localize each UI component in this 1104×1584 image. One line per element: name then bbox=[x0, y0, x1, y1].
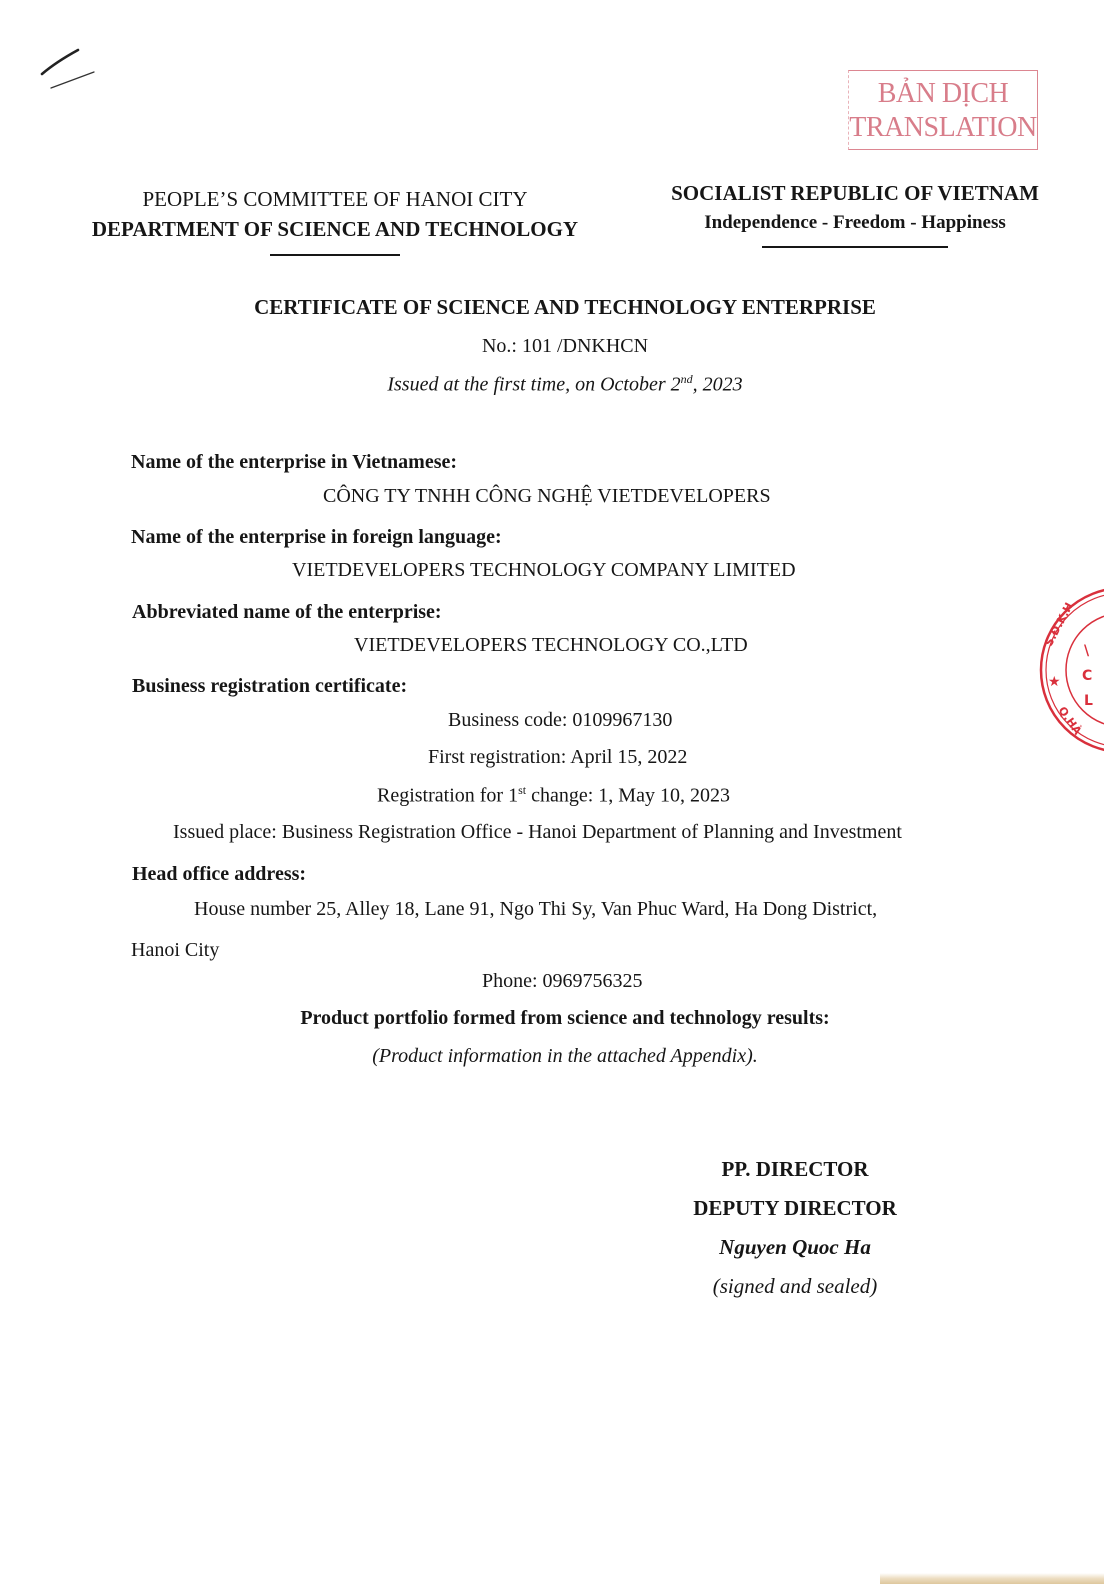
address-line-2: Hanoi City bbox=[131, 939, 219, 962]
scanned-paper-edge bbox=[880, 1573, 1104, 1584]
abbreviated-name-value: VIETDEVELOPERS TECHNOLOGY CO.,LTD bbox=[354, 634, 748, 657]
country-name: SOCIALIST REPUBLIC OF VIETNAM bbox=[650, 178, 1060, 208]
stamp-line-vietnamese: BẢN DỊCH bbox=[849, 77, 1037, 111]
signatory-authority: PP. DIRECTOR bbox=[660, 1150, 930, 1189]
official-red-seal: S.Đ.K.H ★ Q.HÀ C L \ bbox=[1038, 585, 1104, 755]
svg-text:C: C bbox=[1082, 668, 1092, 684]
phone-number: Phone: 0969756325 bbox=[482, 970, 643, 993]
header-right-underline bbox=[762, 246, 948, 248]
svg-text:S.Đ.K.H: S.Đ.K.H bbox=[1042, 600, 1076, 648]
business-code: Business code: 0109967130 bbox=[448, 709, 672, 732]
svg-text:L: L bbox=[1084, 693, 1093, 709]
certificate-issue-date: Issued at the first time, on October 2nd… bbox=[130, 372, 1000, 397]
national-motto-header: SOCIALIST REPUBLIC OF VIETNAM Independen… bbox=[650, 178, 1060, 248]
registration-change-prefix: Registration for 1 bbox=[377, 785, 518, 807]
stamp-line-english: TRANSLATION bbox=[849, 111, 1037, 145]
vietnamese-name-label: Name of the enterprise in Vietnamese: bbox=[131, 451, 457, 474]
product-portfolio-note: (Product information in the attached App… bbox=[130, 1045, 1000, 1068]
issuing-authority-header: PEOPLE’S COMMITTEE OF HANOI CITY DEPARTM… bbox=[70, 184, 600, 256]
authority-department: DEPARTMENT OF SCIENCE AND TECHNOLOGY bbox=[70, 214, 600, 244]
issue-date-suffix: , 2023 bbox=[693, 374, 743, 396]
national-motto: Independence - Freedom - Happiness bbox=[650, 208, 1060, 238]
issued-place: Issued place: Business Registration Offi… bbox=[173, 821, 902, 844]
registration-change-suffix: change: 1, May 10, 2023 bbox=[526, 785, 730, 807]
registration-change: Registration for 1st change: 1, May 10, … bbox=[377, 783, 730, 808]
product-portfolio-label: Product portfolio formed from science an… bbox=[130, 1007, 1000, 1030]
svg-text:★: ★ bbox=[1048, 674, 1061, 690]
head-office-address-label: Head office address: bbox=[132, 863, 306, 886]
signatory-name: Nguyen Quoc Ha bbox=[660, 1228, 930, 1267]
foreign-name-label: Name of the enterprise in foreign langua… bbox=[131, 526, 502, 549]
vietnamese-name-value: CÔNG TY TNHH CÔNG NGHỆ VIETDEVELOPERS bbox=[323, 485, 771, 508]
registration-change-ordinal: st bbox=[518, 783, 526, 797]
first-registration-date: First registration: April 15, 2022 bbox=[428, 746, 687, 769]
foreign-name-value: VIETDEVELOPERS TECHNOLOGY COMPANY LIMITE… bbox=[292, 559, 796, 582]
signature-note: (signed and sealed) bbox=[660, 1267, 930, 1306]
signature-block: PP. DIRECTOR DEPUTY DIRECTOR Nguyen Quoc… bbox=[660, 1150, 930, 1306]
address-line-1: House number 25, Alley 18, Lane 91, Ngo … bbox=[194, 898, 877, 921]
authority-parent: PEOPLE’S COMMITTEE OF HANOI CITY bbox=[70, 184, 600, 214]
signatory-title: DEPUTY DIRECTOR bbox=[660, 1189, 930, 1228]
header-left-underline bbox=[270, 254, 400, 256]
certificate-number: No.: 101 /DNKHCN bbox=[130, 335, 1000, 358]
issue-date-prefix: Issued at the first time, on October 2 bbox=[387, 374, 680, 396]
business-registration-label: Business registration certificate: bbox=[132, 675, 407, 698]
abbreviated-name-label: Abbreviated name of the enterprise: bbox=[132, 601, 442, 624]
handwritten-slash-marks bbox=[36, 40, 106, 90]
translation-stamp: BẢN DỊCH TRANSLATION bbox=[848, 70, 1038, 150]
svg-text:\: \ bbox=[1084, 643, 1090, 659]
certificate-title: CERTIFICATE OF SCIENCE AND TECHNOLOGY EN… bbox=[130, 295, 1000, 320]
issue-date-ordinal: nd bbox=[681, 372, 693, 386]
